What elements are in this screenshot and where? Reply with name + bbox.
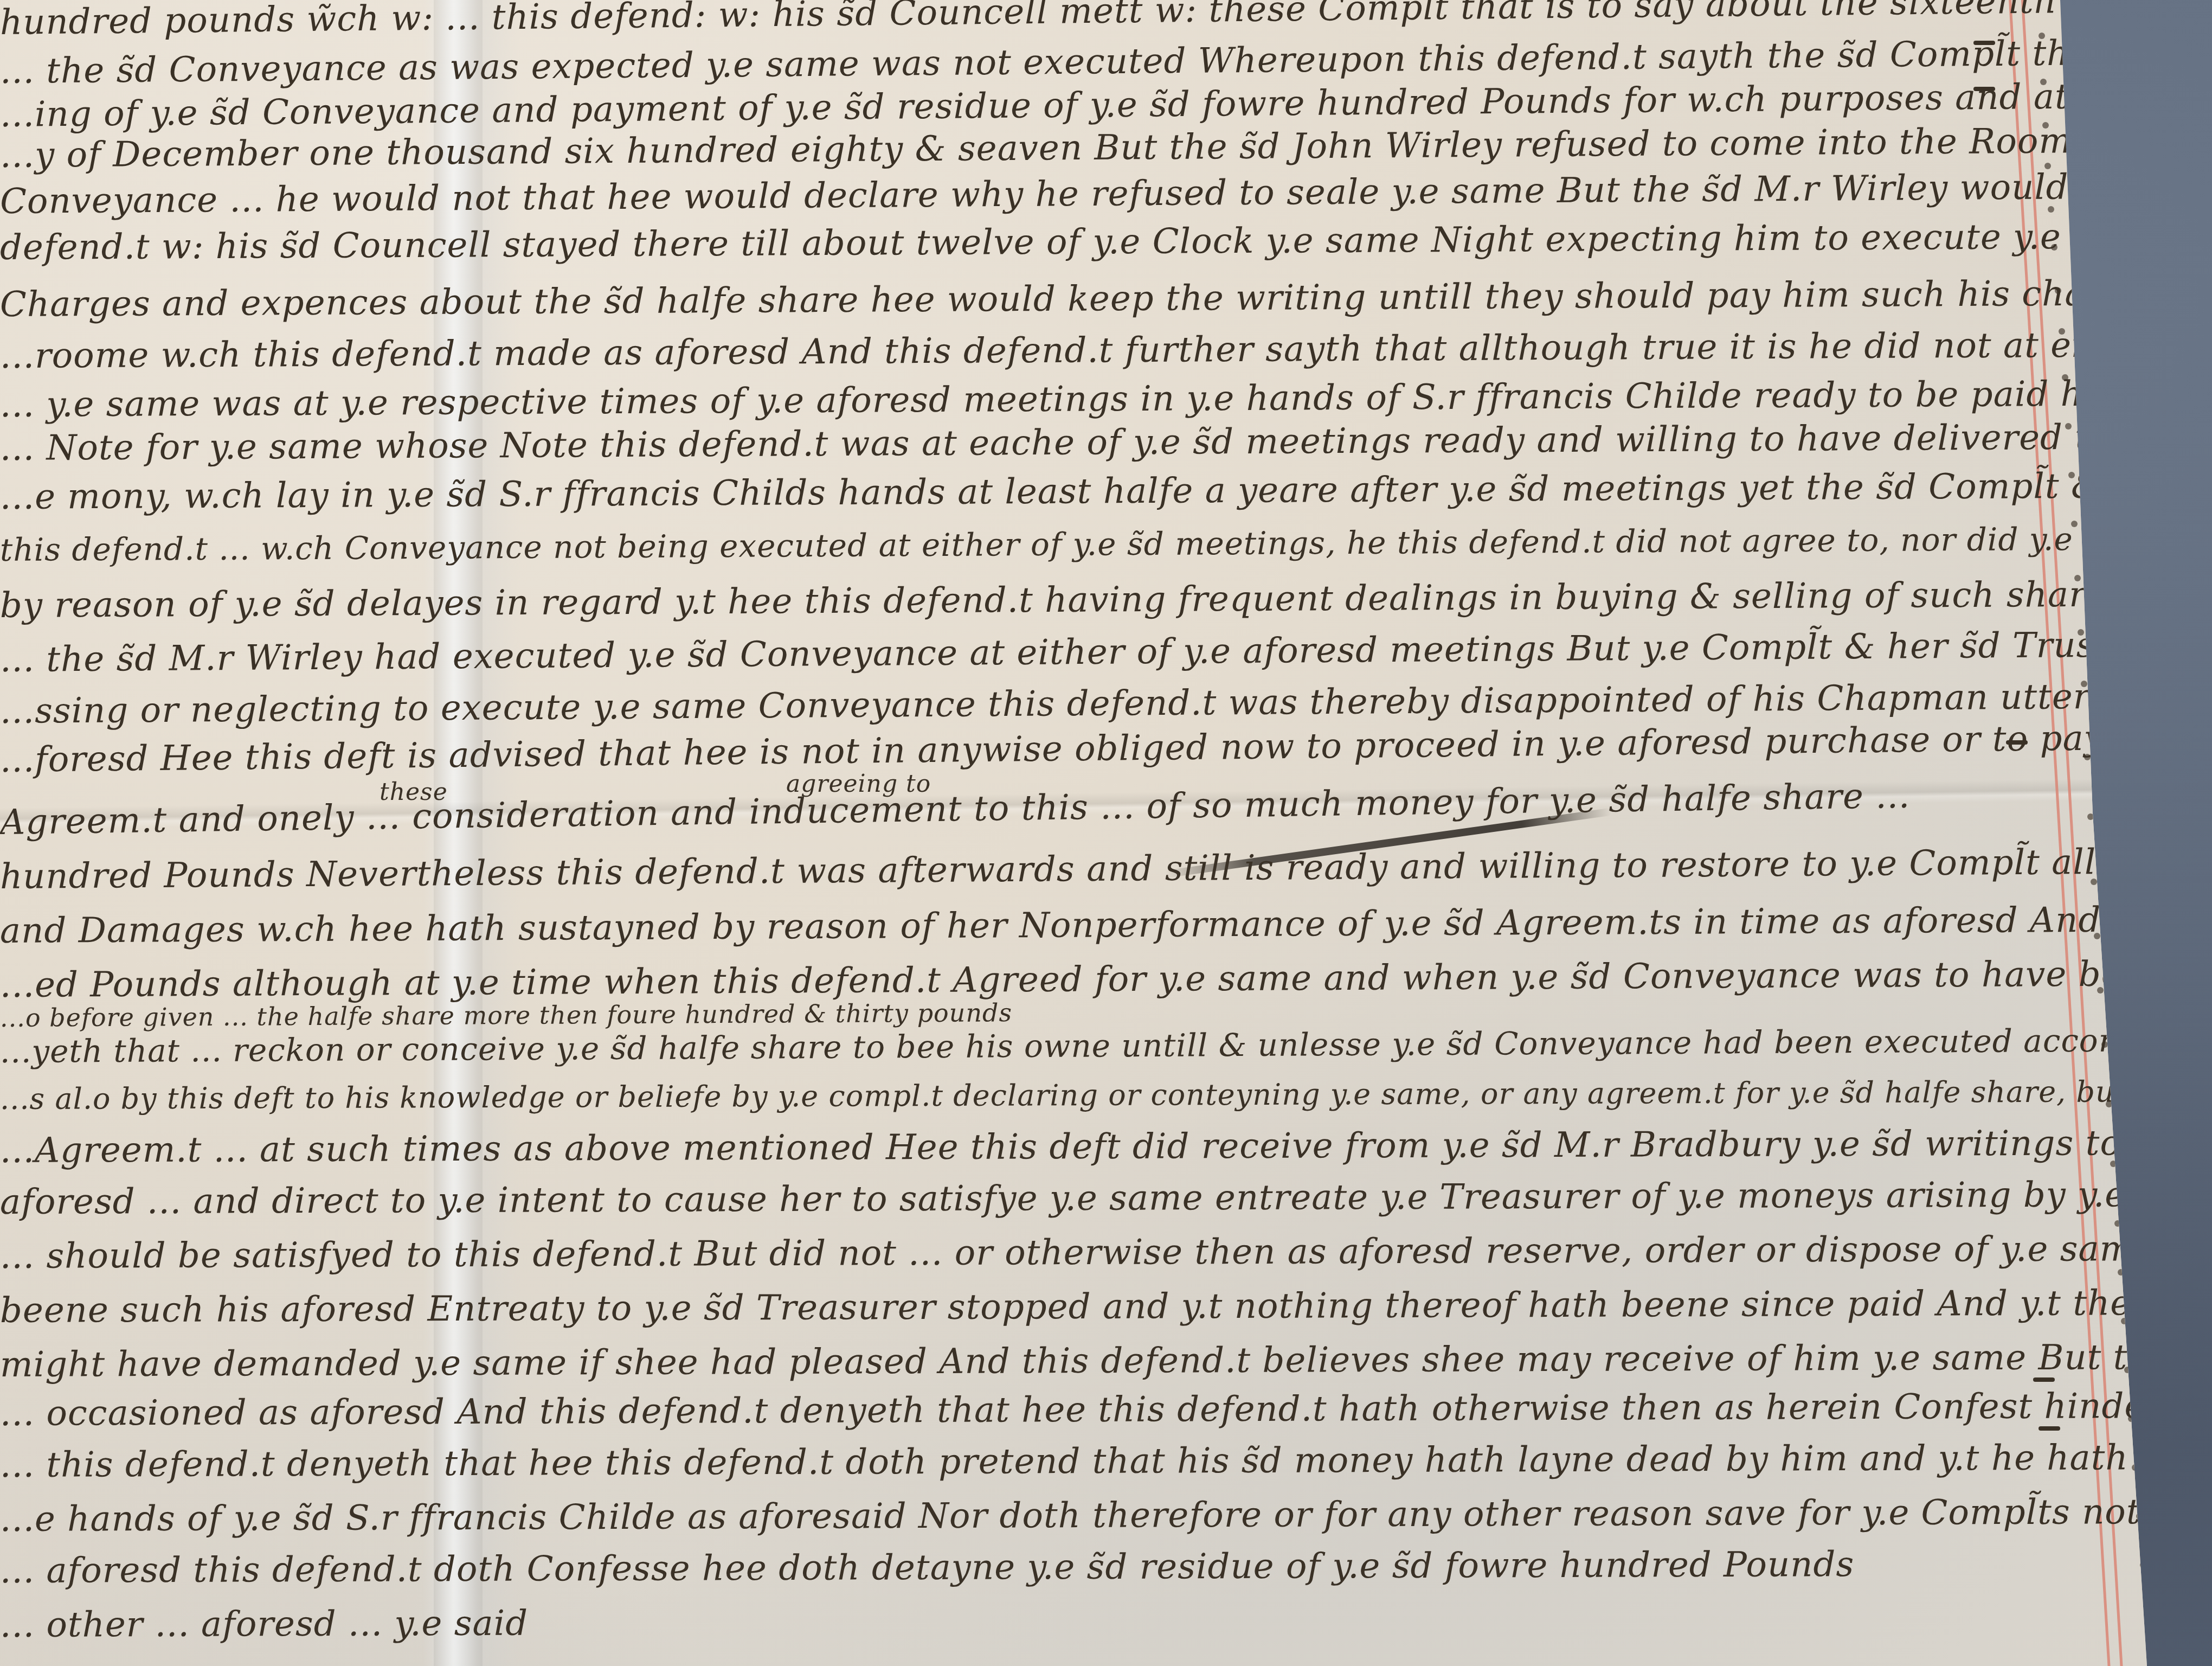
text-line: ... Note for y.e same whose Note this de… xyxy=(0,416,2212,469)
text-line: ... occasioned as aforesd And this defen… xyxy=(0,1385,2212,1434)
text-line: ...Agreem.t ... at such times as above m… xyxy=(0,1123,2212,1171)
text-line: ... the s̃d M.r Wirley had executed y.e … xyxy=(0,623,2212,680)
text-line: Agreem.t and onely ... consideration and… xyxy=(0,776,1911,843)
text-line: this defend.t ... w.ch Conveyance not be… xyxy=(0,517,2212,568)
line-filler-dash xyxy=(1973,87,1995,91)
text-line: beene such his aforesd Entreaty to y.e s… xyxy=(0,1283,2212,1331)
text-line: ...o before given ... the halfe share mo… xyxy=(0,998,1012,1033)
text-line: Conveyance ... he would not that hee wou… xyxy=(0,166,2212,222)
text-line: ... should be satisfyed to this defend.t… xyxy=(0,1229,2154,1277)
manuscript-page: hundred pounds w̃ch w: ... this defend: … xyxy=(0,0,2212,1666)
text-line: ... y.e same was at y.e respective times… xyxy=(0,370,2212,425)
text-line: might have demanded y.e same if shee had… xyxy=(0,1337,2212,1385)
text-line: aforesd ... and direct to y.e intent to … xyxy=(0,1174,2212,1222)
text-line: ... other ... aforesd ... y.e said xyxy=(0,1604,528,1645)
line-filler-dash xyxy=(1973,41,1995,45)
text-line: ...s al.o by this deft to his knowledge … xyxy=(0,1072,2212,1116)
line-filler-dash xyxy=(2006,740,2028,745)
line-filler-dash xyxy=(2039,1426,2060,1431)
text-line: and Damages w.ch hee hath sustayned by r… xyxy=(0,898,2212,951)
text-line: by reason of y.e s̃d delayes in regard y… xyxy=(0,572,2212,626)
text-line: ...e mony, w.ch lay in y.e s̃d S.r ffran… xyxy=(0,465,2212,517)
text-line: defend.t w: his s̃d Councell stayed ther… xyxy=(0,215,2212,268)
text-line: ...roome w.ch this defend.t made as afor… xyxy=(0,324,2212,376)
manuscript-text-block: hundred pounds w̃ch w: ... this defend: … xyxy=(0,0,2006,1666)
text-line: Charges and expences about the s̃d halfe… xyxy=(0,272,2212,325)
text-line: ... aforesd this defend.t doth Confesse … xyxy=(0,1545,1854,1591)
text-line: ... this defend.t denyeth that hee this … xyxy=(0,1437,2212,1485)
line-filler-dash xyxy=(2033,1377,2055,1382)
text-line: ...e hands of y.e s̃d S.r ffrancis Child… xyxy=(0,1491,2212,1540)
text-line: hundred Pounds Nevertheless this defend.… xyxy=(0,839,2212,897)
text-line: ...ed Pounds although at y.e time when t… xyxy=(0,952,2212,1005)
